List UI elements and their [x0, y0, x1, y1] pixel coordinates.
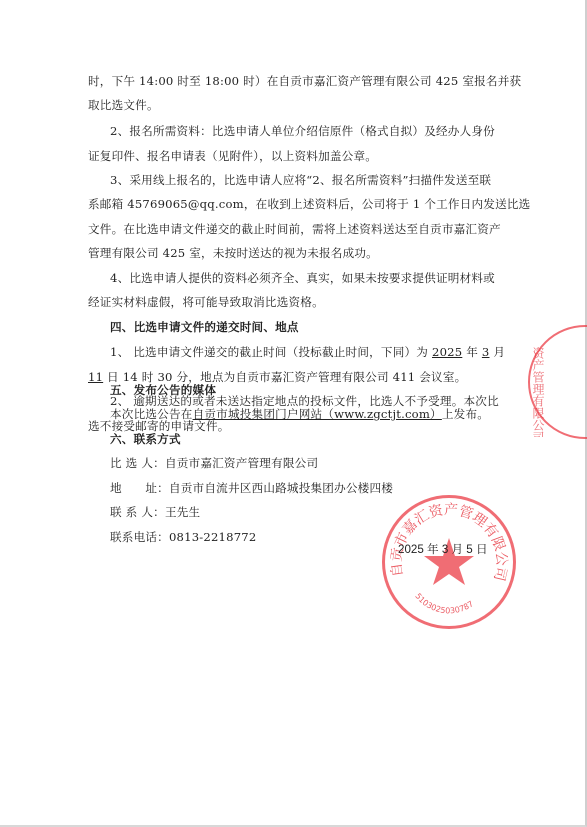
text-line: 文件。在比选申请文件递交的截止时间前，需将上述资料送达至自贡市嘉汇资产: [88, 222, 501, 236]
deadline-rest: 日 14 时 30 分，地点为自贡市嘉汇资产管理有限公司 411 会议室。: [103, 370, 466, 384]
svg-text:资产管理有限公司: 资产管理有限公司: [531, 346, 545, 437]
media-prefix: 本次比选公告在: [110, 407, 193, 421]
document-date: 2025 年 3 月 5 日: [398, 541, 488, 557]
text-line: 3、采用线上报名的，比选申请人应将“2、报名所需资料”扫描件发送至联: [110, 173, 491, 187]
deadline-line-2: 11 日 14 时 30 分，地点为自贡市嘉汇资产管理有限公司 411 会议室。: [88, 370, 466, 384]
text-line: 管理有限公司 425 室，未按时送达的视为未报名成功。: [88, 246, 378, 260]
text-line: 证复印件、报名申请表（见附件），以上资料加盖公章。: [88, 149, 377, 163]
deadline-prefix: 1、 比选申请文件递交的截止时间（投标截止时间，下同）为: [110, 345, 432, 359]
seal-star-icon: 自贡市嘉汇资产管理有限公司 5103025030787: [385, 498, 513, 626]
text-line: 取比选文件。: [88, 98, 159, 112]
contact-address: 地 址：自贡市自流井区西山路城投集团办公楼四楼: [110, 481, 393, 495]
company-seal: 自贡市嘉汇资产管理有限公司 5103025030787: [382, 495, 516, 629]
partial-seal: 资产管理有限公司: [528, 325, 587, 439]
text-line: 系邮箱 45769065@qq.com，在收到上述资料后，公司将于 1 个工作日…: [88, 197, 530, 211]
deadline-day: 11: [88, 370, 103, 384]
media-line: 本次比选公告在自贡市城投集团门户网站（www.zgctjt.com）上发布。: [110, 407, 489, 421]
document-page: 时，下午 14:00 时至 18:00 时）在自贡市嘉汇资产管理有限公司 425…: [0, 0, 587, 827]
deadline-year: 2025: [432, 345, 462, 359]
section-heading: 五、发布公告的媒体: [110, 383, 216, 397]
month-unit: 月: [489, 345, 505, 359]
contact-company: 比 选 人：自贡市嘉汇资产管理有限公司: [110, 456, 318, 470]
text-line: 选不接受邮寄的申请文件。: [88, 419, 230, 433]
text-line: 4、比选申请人提供的资料必须齐全、真实，如果未按要求提供证明材料或: [110, 271, 495, 285]
text-line: 2、报名所需资料：比选申请人单位介绍信原件（格式自拟）及经办人身份: [110, 124, 495, 138]
deadline-line: 1、 比选申请文件递交的截止时间（投标截止时间，下同）为 2025 年 3 月: [110, 345, 505, 359]
contact-phone: 联系电话：0813-2218772: [110, 530, 256, 544]
media-suffix: 上发布。: [442, 407, 489, 421]
text-line: 经证实材料虚假，将可能导致取消比选资格。: [88, 295, 324, 309]
text-line: 时，下午 14:00 时至 18:00 时）在自贡市嘉汇资产管理有限公司 425…: [88, 74, 521, 88]
year-unit: 年: [462, 345, 482, 359]
section-heading: 六、联系方式: [110, 432, 181, 446]
svg-text:5103025030787: 5103025030787: [413, 592, 475, 616]
contact-person: 联 系 人：王先生: [110, 505, 200, 519]
section-heading: 四、比选申请文件的递交时间、地点: [110, 320, 299, 334]
website-link[interactable]: 自贡市城投集团门户网站（www.zgctjt.com）: [193, 407, 442, 421]
